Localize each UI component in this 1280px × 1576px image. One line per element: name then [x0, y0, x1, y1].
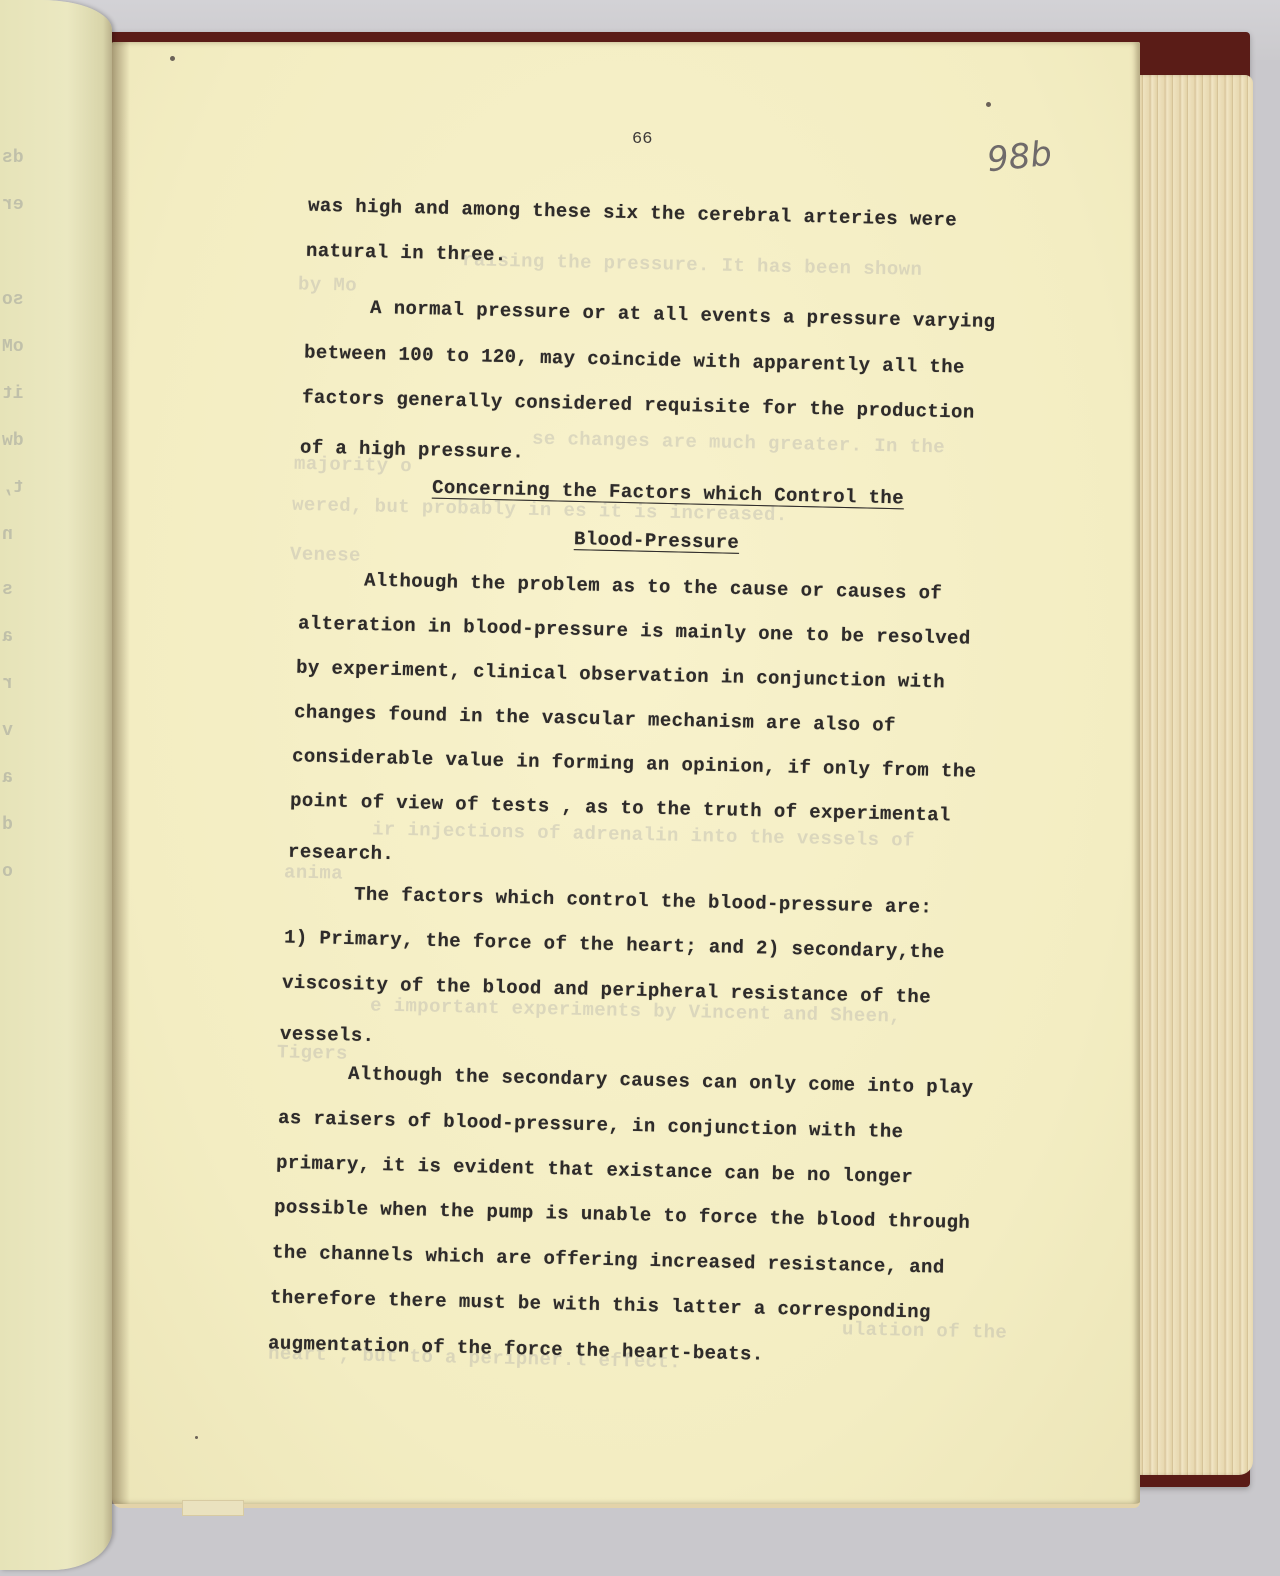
- show-through-text: raising the pressure. It has been shown: [462, 249, 923, 281]
- gutter-shadow: [112, 42, 130, 1504]
- text-line: between 100 to 120, may coincide with ap…: [304, 342, 965, 379]
- left-ghost-text: t,: [2, 478, 24, 498]
- text-line: was high and among these six the cerebra…: [308, 195, 957, 232]
- show-through-text: anima: [284, 861, 343, 884]
- left-ghost-text: v: [2, 721, 13, 741]
- typescript-page: raising the pressure. It has been shown …: [112, 42, 1140, 1508]
- left-ghost-text: a: [2, 627, 13, 647]
- left-ghost-text: oM: [2, 337, 24, 357]
- text-line: as raisers of blood-pressure, in conjunc…: [278, 1107, 904, 1143]
- text-line: considerable value in forming an opinion…: [292, 745, 977, 783]
- left-ghost-text: n: [2, 525, 13, 545]
- left-ghost-text: dw: [2, 431, 24, 451]
- text-line: changes found in the vascular mechanism …: [294, 701, 896, 737]
- left-ghost-text: so: [2, 290, 24, 310]
- text-line: A normal pressure or at all events a pre…: [370, 297, 996, 333]
- paper-speck: [986, 102, 991, 107]
- page-number: 66: [632, 130, 652, 149]
- show-through-text: by Mo: [298, 273, 357, 296]
- text-line: 1) Primary, the force of the heart; and …: [284, 927, 945, 964]
- text-line: therefore there must be with this latter…: [270, 1287, 931, 1324]
- text-line: possible when the pump is unable to forc…: [274, 1196, 971, 1234]
- text-line: the channels which are offering increase…: [272, 1241, 945, 1278]
- left-ghost-text: d: [2, 815, 13, 835]
- text-line: by experiment, clinical observation in c…: [296, 657, 945, 694]
- paper-speck: [195, 1436, 198, 1439]
- left-ghost-text: er: [2, 195, 24, 215]
- section-heading-line-2: Blood-Pressure: [574, 528, 740, 554]
- show-through-text: se changes are much greater. In the: [532, 428, 945, 459]
- book-photograph: ds er so oM it dw t, n s a r v a d o rai…: [0, 0, 1280, 1576]
- text-line: The factors which control the blood-pres…: [354, 883, 933, 918]
- paper-tab: [182, 1500, 244, 1516]
- text-line: primary, it is evident that existance ca…: [276, 1152, 914, 1188]
- text-line: alteration in blood-pressure is mainly o…: [298, 612, 971, 649]
- text-line: Although the problem as to the cause or …: [364, 569, 943, 604]
- text-line: research.: [288, 841, 395, 865]
- left-ghost-text: it: [2, 384, 24, 404]
- text-line: factors generally considered requisite f…: [302, 386, 975, 423]
- left-ghost-text: r: [2, 674, 13, 694]
- page-fore-edge: [1128, 75, 1253, 1475]
- left-ghost-text: o: [2, 862, 13, 882]
- left-ghost-text: s: [2, 580, 13, 600]
- text-line: vessels.: [280, 1023, 375, 1047]
- left-page-curl: ds er so oM it dw t, n s a r v a d o: [0, 0, 112, 1570]
- text-line: natural in three.: [306, 240, 507, 267]
- handwritten-folio: 98b: [985, 134, 1054, 181]
- show-through-text: Venese: [290, 543, 361, 566]
- left-ghost-text: ds: [2, 148, 24, 168]
- left-ghost-text: a: [2, 768, 13, 788]
- text-line: Although the secondary causes can only c…: [348, 1063, 974, 1099]
- paper-speck: [170, 56, 175, 61]
